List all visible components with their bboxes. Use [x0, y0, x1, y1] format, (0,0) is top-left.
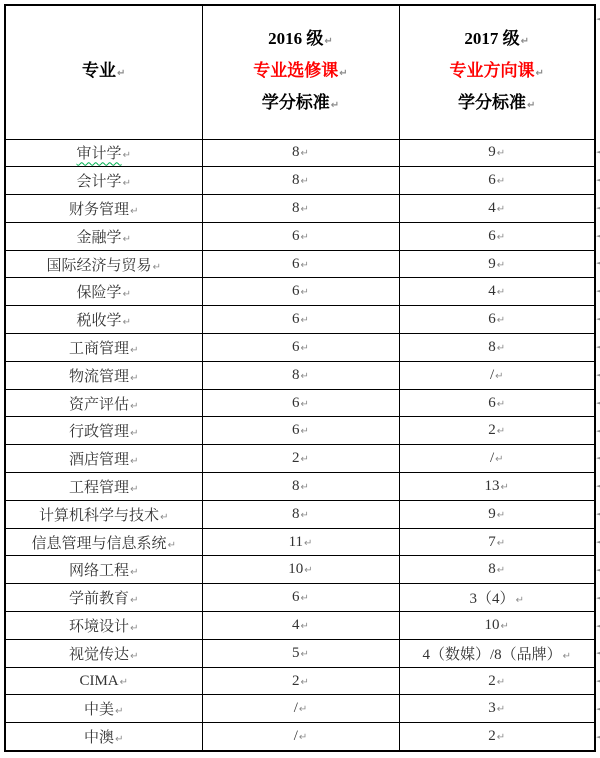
credits-2017-value: 4 — [488, 283, 496, 299]
major-name: 计算机科学与技术 — [39, 508, 159, 524]
credits-2016-cell: 6↵ — [202, 584, 399, 612]
major-name: CIMA — [79, 673, 118, 689]
row-end-mark-icon: ◄ — [596, 511, 600, 518]
major-cell: 工商管理↵ — [5, 334, 202, 362]
paragraph-mark-icon: ↵ — [497, 260, 505, 271]
course-type-2016-label: 专业选修课 — [253, 61, 338, 80]
paragraph-mark-icon: ↵ — [123, 317, 131, 328]
table-row: 保险学↵ 6↵ 4↵ — [5, 278, 595, 306]
course-type-2017-label: 专业方向课 — [450, 61, 535, 80]
credits-2017-cell: /↵ — [399, 361, 595, 389]
major-cell: 财务管理↵ — [5, 195, 202, 223]
paragraph-mark-icon: ↵ — [301, 510, 309, 521]
credits-2017-value: 13 — [485, 478, 500, 494]
credits-2016-value: 5 — [292, 645, 300, 661]
credits-2016-cell: 6↵ — [202, 278, 399, 306]
table-row: 信息管理与信息系统↵ 11↵ 7↵ — [5, 528, 595, 556]
paragraph-mark-icon: ↵ — [301, 148, 309, 159]
credits-2017-cell: 6↵ — [399, 167, 595, 195]
paragraph-mark-icon: ↵ — [497, 704, 505, 715]
table-row: 行政管理↵ 6↵ 2↵ — [5, 417, 595, 445]
row-end-mark-icon: ◄ — [596, 316, 600, 323]
credits-2016-value: 2 — [292, 450, 300, 466]
credits-2016-value: 8 — [292, 144, 300, 160]
credits-2016-value: 6 — [292, 256, 300, 272]
major-cell: 视觉传达↵ — [5, 639, 202, 667]
paragraph-mark-icon: ↵ — [527, 100, 535, 111]
major-cell: 学前教育↵ — [5, 584, 202, 612]
credits-2016-value: 4 — [292, 617, 300, 633]
credits-2017-value: 10 — [485, 617, 500, 633]
paragraph-mark-icon: ↵ — [130, 401, 138, 412]
major-cell: CIMA↵ — [5, 667, 202, 695]
paragraph-mark-icon: ↵ — [299, 732, 307, 743]
table-row: 计算机科学与技术↵ 8↵ 9↵ — [5, 500, 595, 528]
paragraph-mark-icon: ↵ — [497, 399, 505, 410]
paragraph-mark-icon: ↵ — [130, 345, 138, 356]
major-name: 物流管理 — [69, 369, 129, 385]
paragraph-mark-icon: ↵ — [153, 262, 161, 273]
major-cell: 工程管理↵ — [5, 473, 202, 501]
major-name: 酒店管理 — [69, 452, 129, 468]
credits-2017-value: 4（数媒）/8（品牌） — [422, 647, 561, 663]
row-end-mark-icon: ◄ — [596, 233, 600, 240]
table-row: 资产评估↵ 6↵ 6↵ — [5, 389, 595, 417]
credits-2016-value: 8 — [292, 506, 300, 522]
credits-2016-cell: 4↵ — [202, 612, 399, 640]
table-row: 工商管理↵ 6↵ 8↵ — [5, 334, 595, 362]
table-row: 物流管理↵ 8↵ /↵ — [5, 361, 595, 389]
paragraph-mark-icon: ↵ — [301, 343, 309, 354]
major-name: 视觉传达 — [69, 647, 129, 663]
credits-2017-cell: 9↵ — [399, 500, 595, 528]
credits-2017-value: 6 — [488, 172, 496, 188]
grade-2017-label: 2017 级 — [464, 29, 519, 48]
table-header-row: 专业↵ 2016 级↵ 专业选修课↵ 学分标准↵ 201 — [5, 5, 595, 139]
credits-2017-cell: 9↵ — [399, 250, 595, 278]
credits-2017-value: 3（4） — [470, 591, 515, 607]
credits-2016-cell: 8↵ — [202, 473, 399, 501]
major-name: 审计学 — [77, 146, 122, 162]
credits-2017-cell: 8↵ — [399, 334, 595, 362]
row-end-mark-icon: ◄ — [596, 344, 600, 351]
paragraph-mark-icon: ↵ — [301, 677, 309, 688]
credits-2017-value: / — [490, 367, 494, 383]
credits-2017-cell: 3（4）↵ — [399, 584, 595, 612]
row-end-mark-icon: ◄ — [596, 650, 600, 657]
major-cell: 审计学↵ — [5, 139, 202, 167]
major-name: 财务管理 — [69, 202, 129, 218]
paragraph-mark-icon: ↵ — [497, 176, 505, 187]
major-cell: 行政管理↵ — [5, 417, 202, 445]
paragraph-mark-icon: ↵ — [130, 373, 138, 384]
major-cell: 金融学↵ — [5, 222, 202, 250]
credits-2016-value: 8 — [292, 478, 300, 494]
document-page: 专业↵ 2016 级↵ 专业选修课↵ 学分标准↵ 201 — [0, 0, 600, 758]
paragraph-mark-icon: ↵ — [563, 651, 571, 662]
credits-2017-value: 3 — [488, 700, 496, 716]
paragraph-mark-icon: ↵ — [339, 68, 347, 79]
major-name: 税收学 — [77, 313, 122, 329]
paragraph-mark-icon: ↵ — [501, 482, 509, 493]
major-name: 资产评估 — [69, 397, 129, 413]
row-end-mark-icon: ◄ — [596, 372, 600, 379]
table-row: 审计学↵ 8↵ 9↵ — [5, 139, 595, 167]
paragraph-mark-icon: ↵ — [130, 623, 138, 634]
paragraph-mark-icon: ↵ — [536, 68, 544, 79]
credits-2017-cell: 9↵ — [399, 139, 595, 167]
paragraph-mark-icon: ↵ — [497, 732, 505, 743]
paragraph-mark-icon: ↵ — [495, 454, 503, 465]
credits-2016-cell: 6↵ — [202, 334, 399, 362]
major-cell: 信息管理与信息系统↵ — [5, 528, 202, 556]
credits-2016-cell: 8↵ — [202, 167, 399, 195]
paragraph-mark-icon: ↵ — [123, 234, 131, 245]
paragraph-mark-icon: ↵ — [521, 36, 529, 47]
row-end-mark-icon: ◄ — [596, 567, 600, 574]
credits-2017-cell: 2↵ — [399, 417, 595, 445]
paragraph-mark-icon: ↵ — [497, 343, 505, 354]
credits-2016-cell: 6↵ — [202, 417, 399, 445]
paragraph-mark-icon: ↵ — [497, 315, 505, 326]
paragraph-mark-icon: ↵ — [301, 287, 309, 298]
major-header-cell: 专业↵ — [5, 5, 202, 139]
paragraph-mark-icon: ↵ — [301, 593, 309, 604]
paragraph-mark-icon: ↵ — [516, 595, 524, 606]
row-end-mark-icon: ◄ — [596, 288, 600, 295]
row-end-mark-icon: ◄ — [596, 400, 600, 407]
paragraph-mark-icon: ↵ — [497, 677, 505, 688]
paragraph-mark-icon: ↵ — [497, 426, 505, 437]
paragraph-mark-icon: ↵ — [301, 176, 309, 187]
major-cell: 物流管理↵ — [5, 361, 202, 389]
credits-2016-value: 6 — [292, 283, 300, 299]
paragraph-mark-icon: ↵ — [299, 704, 307, 715]
credit-standard-2016-label: 学分标准 — [262, 93, 330, 112]
table-row: 中美↵ /↵ 3↵ — [5, 695, 595, 723]
paragraph-mark-icon: ↵ — [497, 510, 505, 521]
credits-2016-value: 6 — [292, 395, 300, 411]
paragraph-mark-icon: ↵ — [301, 426, 309, 437]
paragraph-mark-icon: ↵ — [301, 260, 309, 271]
major-header-label: 专业 — [82, 61, 116, 80]
paragraph-mark-icon: ↵ — [301, 399, 309, 410]
credits-2017-cell: 4（数媒）/8（品牌）↵ — [399, 639, 595, 667]
credits-2017-value: 6 — [488, 311, 496, 327]
table-row: 网络工程↵ 10↵ 8↵ — [5, 556, 595, 584]
row-end-mark-icon: ◄ — [596, 539, 600, 546]
major-name: 中美 — [84, 702, 114, 718]
row-end-mark-icon: ◄ — [596, 205, 600, 212]
table-body: 审计学↵ 8↵ 9↵ 会计学↵ 8↵ 6↵ 财务管理↵ 8↵ 4↵ 金融学↵ 6… — [5, 139, 595, 751]
paragraph-mark-icon: ↵ — [497, 538, 505, 549]
credits-2016-value: 6 — [292, 589, 300, 605]
grade-2016-label: 2016 级 — [268, 29, 323, 48]
paragraph-mark-icon: ↵ — [497, 565, 505, 576]
credits-2016-cell: 6↵ — [202, 250, 399, 278]
paragraph-mark-icon: ↵ — [497, 232, 505, 243]
credits-2016-cell: 11↵ — [202, 528, 399, 556]
credits-2017-value: 8 — [488, 561, 496, 577]
major-cell: 国际经济与贸易↵ — [5, 250, 202, 278]
paragraph-mark-icon: ↵ — [501, 621, 509, 632]
credits-2017-value: 2 — [488, 673, 496, 689]
paragraph-mark-icon: ↵ — [123, 178, 131, 189]
credits-2017-cell: 6↵ — [399, 389, 595, 417]
credits-2016-cell: 8↵ — [202, 500, 399, 528]
row-end-mark-icon: ◄ — [596, 149, 600, 156]
paragraph-mark-icon: ↵ — [495, 371, 503, 382]
paragraph-mark-icon: ↵ — [497, 204, 505, 215]
table-row: 财务管理↵ 8↵ 4↵ — [5, 195, 595, 223]
paragraph-mark-icon: ↵ — [301, 482, 309, 493]
paragraph-mark-icon: ↵ — [130, 206, 138, 217]
row-end-mark-icon: ◄ — [596, 260, 600, 267]
credits-2016-value: 6 — [292, 422, 300, 438]
credits-2017-value: 7 — [488, 534, 496, 550]
major-name: 工程管理 — [69, 480, 129, 496]
row-end-mark-icon: ◄ — [596, 706, 600, 713]
table-row: 酒店管理↵ 2↵ /↵ — [5, 445, 595, 473]
credits-2016-value: 10 — [288, 561, 303, 577]
major-name: 保险学 — [77, 285, 122, 301]
credits-2016-cell: 8↵ — [202, 139, 399, 167]
credits-2017-value: / — [490, 450, 494, 466]
credits-2016-cell: 8↵ — [202, 361, 399, 389]
credits-2016-value: 11 — [289, 534, 303, 550]
credits-2016-value: 6 — [292, 228, 300, 244]
paragraph-mark-icon: ↵ — [160, 512, 168, 523]
row-end-mark-icon: ◄ — [596, 734, 600, 741]
major-name: 学前教育 — [69, 591, 129, 607]
credits-2017-value: 2 — [488, 422, 496, 438]
table-row: 会计学↵ 8↵ 6↵ — [5, 167, 595, 195]
paragraph-mark-icon: ↵ — [301, 371, 309, 382]
row-end-mark-icon: ◄ — [596, 16, 600, 23]
credits-2017-value: 4 — [488, 200, 496, 216]
paragraph-mark-icon: ↵ — [115, 706, 123, 717]
credits-2016-cell: 6↵ — [202, 306, 399, 334]
credits-2016-value: / — [294, 728, 298, 744]
credits-2016-cell: 10↵ — [202, 556, 399, 584]
credits-2017-cell: 6↵ — [399, 222, 595, 250]
major-name: 中澳 — [84, 730, 114, 746]
major-cell: 保险学↵ — [5, 278, 202, 306]
paragraph-mark-icon: ↵ — [331, 100, 339, 111]
major-cell: 会计学↵ — [5, 167, 202, 195]
paragraph-mark-icon: ↵ — [123, 150, 131, 161]
paragraph-mark-icon: ↵ — [130, 651, 138, 662]
table-row: CIMA↵ 2↵ 2↵ — [5, 667, 595, 695]
table-row: 税收学↵ 6↵ 6↵ — [5, 306, 595, 334]
table-row: 金融学↵ 6↵ 6↵ — [5, 222, 595, 250]
header-2016-cell: 2016 级↵ 专业选修课↵ 学分标准↵ — [202, 5, 399, 139]
major-cell: 资产评估↵ — [5, 389, 202, 417]
major-name: 环境设计 — [69, 619, 129, 635]
credits-2017-cell: 7↵ — [399, 528, 595, 556]
paragraph-mark-icon: ↵ — [301, 232, 309, 243]
header-2017-cell: 2017 级↵ 专业方向课↵ 学分标准↵ — [399, 5, 595, 139]
row-end-mark-icon: ◄ — [596, 623, 600, 630]
credits-2017-value: 8 — [488, 339, 496, 355]
credits-2017-value: 2 — [488, 728, 496, 744]
credits-2017-value: 6 — [488, 395, 496, 411]
paragraph-mark-icon: ↵ — [130, 456, 138, 467]
paragraph-mark-icon: ↵ — [304, 538, 312, 549]
row-end-mark-icon: ◄ — [596, 595, 600, 602]
major-cell: 网络工程↵ — [5, 556, 202, 584]
paragraph-mark-icon: ↵ — [130, 484, 138, 495]
paragraph-mark-icon: ↵ — [301, 621, 309, 632]
table-row: 视觉传达↵ 5↵ 4（数媒）/8（品牌）↵ — [5, 639, 595, 667]
paragraph-mark-icon: ↵ — [130, 428, 138, 439]
credits-2016-value: 6 — [292, 311, 300, 327]
credits-2017-cell: 6↵ — [399, 306, 595, 334]
credits-2016-cell: /↵ — [202, 695, 399, 723]
major-cell: 中澳↵ — [5, 723, 202, 751]
credits-2016-cell: 8↵ — [202, 195, 399, 223]
paragraph-mark-icon: ↵ — [497, 287, 505, 298]
credits-2017-cell: 4↵ — [399, 278, 595, 306]
credits-2017-value: 9 — [488, 256, 496, 272]
credits-2016-cell: 6↵ — [202, 389, 399, 417]
major-cell: 中美↵ — [5, 695, 202, 723]
paragraph-mark-icon: ↵ — [301, 315, 309, 326]
credits-2017-value: 9 — [488, 144, 496, 160]
paragraph-mark-icon: ↵ — [168, 540, 176, 551]
table-row: 国际经济与贸易↵ 6↵ 9↵ — [5, 250, 595, 278]
major-name: 国际经济与贸易 — [47, 258, 152, 274]
paragraph-mark-icon: ↵ — [301, 204, 309, 215]
credit-standards-table: 专业↵ 2016 级↵ 专业选修课↵ 学分标准↵ 201 — [4, 4, 596, 752]
credits-2016-value: 8 — [292, 200, 300, 216]
major-cell: 计算机科学与技术↵ — [5, 500, 202, 528]
credits-2016-cell: /↵ — [202, 723, 399, 751]
credits-2017-cell: 2↵ — [399, 723, 595, 751]
row-end-mark-icon: ◄ — [596, 483, 600, 490]
table-row: 工程管理↵ 8↵ 13↵ — [5, 473, 595, 501]
major-cell: 税收学↵ — [5, 306, 202, 334]
paragraph-mark-icon: ↵ — [130, 567, 138, 578]
paragraph-mark-icon: ↵ — [497, 148, 505, 159]
paragraph-mark-icon: ↵ — [301, 649, 309, 660]
major-name: 工商管理 — [69, 341, 129, 357]
credits-2017-value: 6 — [488, 228, 496, 244]
paragraph-mark-icon: ↵ — [123, 289, 131, 300]
credits-2016-value: / — [294, 700, 298, 716]
major-name: 网络工程 — [69, 563, 129, 579]
credits-2017-cell: 13↵ — [399, 473, 595, 501]
paragraph-mark-icon: ↵ — [304, 565, 312, 576]
row-end-mark-icon: ◄ — [596, 678, 600, 685]
credits-2016-cell: 2↵ — [202, 667, 399, 695]
table-row: 学前教育↵ 6↵ 3（4）↵ — [5, 584, 595, 612]
major-name: 金融学 — [77, 230, 122, 246]
paragraph-mark-icon: ↵ — [130, 595, 138, 606]
credits-2017-cell: /↵ — [399, 445, 595, 473]
major-name: 会计学 — [77, 174, 122, 190]
major-name: 行政管理 — [69, 424, 129, 440]
row-end-mark-icon: ◄ — [596, 177, 600, 184]
paragraph-mark-icon: ↵ — [301, 454, 309, 465]
row-end-mark-icon: ◄ — [596, 455, 600, 462]
credits-2017-cell: 10↵ — [399, 612, 595, 640]
row-end-mark-icon: ◄ — [596, 428, 600, 435]
credits-2017-cell: 8↵ — [399, 556, 595, 584]
table-row: 中澳↵ /↵ 2↵ — [5, 723, 595, 751]
paragraph-mark-icon: ↵ — [115, 734, 123, 745]
paragraph-mark-icon: ↵ — [117, 68, 125, 79]
credits-2016-value: 8 — [292, 367, 300, 383]
table-row: 环境设计↵ 4↵ 10↵ — [5, 612, 595, 640]
credits-2016-value: 2 — [292, 673, 300, 689]
paragraph-mark-icon: ↵ — [324, 36, 332, 47]
credits-2016-value: 6 — [292, 339, 300, 355]
credits-2016-value: 8 — [292, 172, 300, 188]
credit-standard-2017-label: 学分标准 — [458, 93, 526, 112]
major-cell: 环境设计↵ — [5, 612, 202, 640]
credits-2017-value: 9 — [488, 506, 496, 522]
credits-2016-cell: 5↵ — [202, 639, 399, 667]
major-cell: 酒店管理↵ — [5, 445, 202, 473]
credits-2017-cell: 2↵ — [399, 667, 595, 695]
paragraph-mark-icon: ↵ — [120, 677, 128, 688]
credits-2016-cell: 6↵ — [202, 222, 399, 250]
credits-2017-cell: 3↵ — [399, 695, 595, 723]
credits-2017-cell: 4↵ — [399, 195, 595, 223]
credits-2016-cell: 2↵ — [202, 445, 399, 473]
major-name: 信息管理与信息系统 — [32, 536, 167, 552]
